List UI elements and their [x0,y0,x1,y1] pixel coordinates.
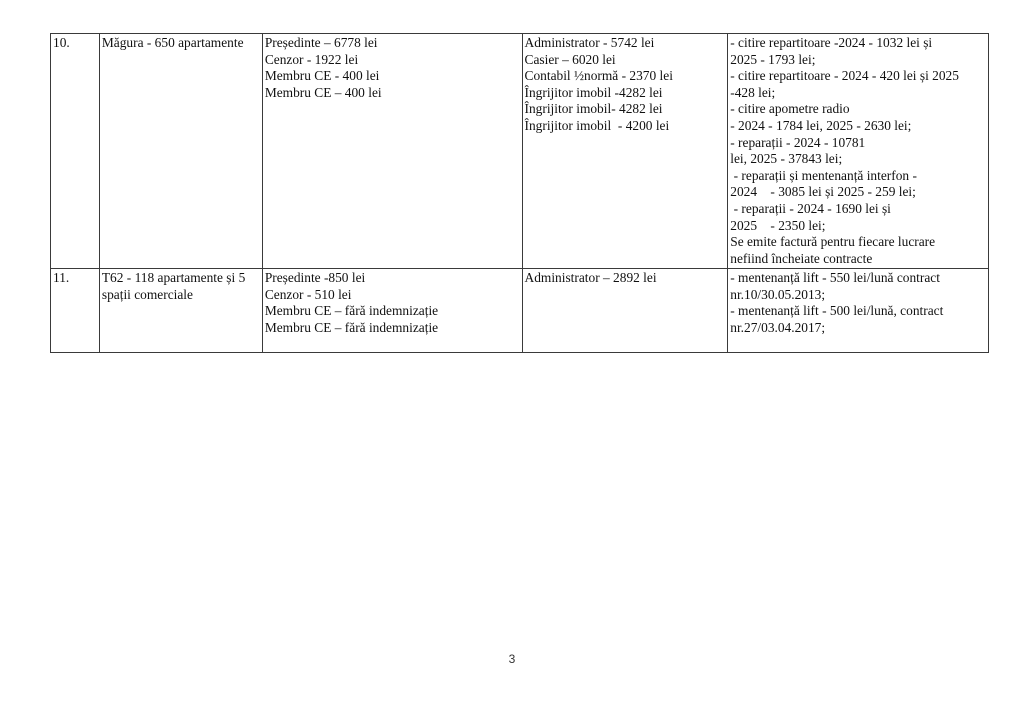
board-members-cell: Președinte -850 leiCenzor - 510 leiMembr… [262,269,522,353]
staff-cell-line: Casier – 6020 lei [525,52,726,69]
contracts-cell-line: lei, 2025 - 37843 lei; [730,151,986,168]
contracts-cell-line: - mentenanță lift - 550 lei/lună contrac… [730,270,986,287]
staff-cell-line: Îngrijitor imobil - 4200 lei [525,118,726,135]
contracts-cell-line: 2025 - 1793 lei; [730,52,986,69]
contracts-cell-line: 2025 - 2350 lei; [730,218,986,235]
contracts-cell-line: 2024 - 3085 lei și 2025 - 259 lei; [730,184,986,201]
staff-cell: Administrator - 5742 leiCasier – 6020 le… [522,34,728,269]
board-members-cell-line: Președinte -850 lei [265,270,520,287]
contracts-cell-line: - citire repartitoare -2024 - 1032 lei ș… [730,35,986,52]
board-members-cell-line: Cenzor - 510 lei [265,287,520,304]
association-name-cell: Măgura - 650 apartamente [99,34,262,269]
contracts-cell-line: -428 lei; [730,85,986,102]
contracts-cell-line: - citire apometre radio [730,101,986,118]
staff-cell-line: Administrator - 5742 lei [525,35,726,52]
table-body: 10.Măgura - 650 apartamentePreședinte – … [51,34,989,353]
contracts-cell-line: - mentenanță lift - 500 lei/lună, contra… [730,303,986,320]
contracts-cell-line: - reparații - 2024 - 10781 [730,135,986,152]
row-number-cell: 10. [51,34,100,269]
staff-cell-line: Contabil ½normă - 2370 lei [525,68,726,85]
table-row: 10.Măgura - 650 apartamentePreședinte – … [51,34,989,269]
contracts-cell-line: - reparații și mentenanță interfon - [730,168,986,185]
staff-cell-line: Îngrijitor imobil- 4282 lei [525,101,726,118]
board-members-cell-line: Membru CE – fără indemnizație [265,303,520,320]
row-number-cell: 11. [51,269,100,353]
contracts-cell: - citire repartitoare -2024 - 1032 lei ș… [728,34,989,269]
contracts-cell-line: nefiind încheiate contracte [730,251,986,268]
contracts-cell-line: - 2024 - 1784 lei, 2025 - 2630 lei; [730,118,986,135]
board-members-cell-line: Membru CE – 400 lei [265,85,520,102]
board-members-cell-line: Președinte – 6778 lei [265,35,520,52]
staff-cell-line: Administrator – 2892 lei [525,270,726,287]
contracts-cell-line: nr.27/03.04.2017; [730,320,986,337]
contracts-cell-line: nr.10/30.05.2013; [730,287,986,304]
table-row: 11.T62 - 118 apartamente și 5 spații com… [51,269,989,353]
contracts-cell-line: - reparații - 2024 - 1690 lei și [730,201,986,218]
staff-cell: Administrator – 2892 lei [522,269,728,353]
board-members-cell-line: Membru CE – fără indemnizație [265,320,520,337]
association-table: 10.Măgura - 650 apartamentePreședinte – … [50,33,989,353]
board-members-cell: Președinte – 6778 leiCenzor - 1922 leiMe… [262,34,522,269]
contracts-cell-line: - citire repartitoare - 2024 - 420 lei ș… [730,68,986,85]
association-name-cell: T62 - 118 apartamente și 5 spații comerc… [99,269,262,353]
board-members-cell-line: Membru CE - 400 lei [265,68,520,85]
contracts-cell-line: Se emite factură pentru fiecare lucrare [730,234,986,251]
board-members-cell-line: Cenzor - 1922 lei [265,52,520,69]
page-number: 3 [0,652,1024,666]
contracts-cell: - mentenanță lift - 550 lei/lună contrac… [728,269,989,353]
staff-cell-line: Îngrijitor imobil -4282 lei [525,85,726,102]
